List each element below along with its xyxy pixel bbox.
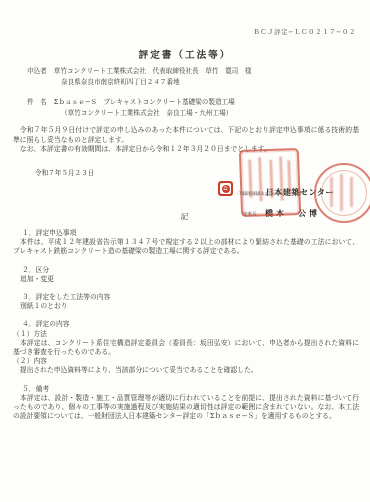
section-4-evaluation-content: ４．評定の内容 （１）方法 本評定は、コンクリート系住宅構造評定委員会（委員長：… <box>13 320 359 375</box>
subsection-1-head: （１）方法 <box>13 330 359 339</box>
subject-title: Σｂａｓｅ−Ｓ プレキャストコンクリート基礎梁の製造工場 <box>54 98 235 106</box>
section-heading: １．評定申込事項 <box>13 229 359 238</box>
subject-line: 件 名Σｂａｓｅ−Ｓ プレキャストコンクリート基礎梁の製造工場 <box>27 97 235 108</box>
subject-label: 件 名 <box>27 98 47 106</box>
issuer-org-name-en: The Building Center of Japan <box>239 191 305 196</box>
applicant-line: 申込者草竹コンクリート工業株式会社 代表取締役社長 草竹 寛司 様 <box>27 66 251 77</box>
bcj-house-logo-icon: ⌂ <box>218 181 233 196</box>
house-glyph: ⌂ <box>218 184 233 192</box>
section-body: 本件は、平成１２年建設省告示第１３４７号で規定する２以上の部材により緊結された基… <box>13 238 359 256</box>
applicant-label: 申込者 <box>27 67 47 75</box>
section-body: 追加・変更 <box>13 275 359 284</box>
section-heading: ５．備考 <box>13 385 359 394</box>
issuer-block: ⌂ 一般財団法人日本建築センター The Building Center of … <box>218 158 370 238</box>
applicant-name: 草竹コンクリート工業株式会社 代表取締役社長 草竹 寛司 様 <box>54 67 252 75</box>
sections-list: １．評定申込事項 本件は、平成１２年建設省告示第１３４７号で規定する２以上の部材… <box>13 229 359 430</box>
document-ref-number: ＢＣＪ評定−ＬＣ０２１７−０２ <box>253 27 356 36</box>
section-heading: ４．評定の内容 <box>13 320 359 329</box>
subject-subline: （草竹コンクリート工業株式会社 奈良工場・九州工場） <box>27 108 235 119</box>
page-title: 評定書（工法等） <box>0 47 370 61</box>
body-paragraph-1: 令和７年５月９日付けで評定の申し込みのあった本件については、下記のとおり評定申込… <box>13 126 359 145</box>
applicant-address: 奈良県奈良市南京終町四丁目２４７番地 <box>27 77 251 88</box>
section-heading: ３．評定をした工法等の内容 <box>13 293 359 302</box>
section-3-method-content: ３．評定をした工法等の内容 別紙１のとおり <box>13 293 359 311</box>
section-body: 本評定は、設計・製造・施工・品質管理等が適切に行われていることを前提に、提出され… <box>13 394 359 422</box>
subsection-2-body: 提出された申込資料等により、当該部分について妥当であることを確認した。 <box>13 366 359 375</box>
body-paragraphs: 令和７年５月９日付けで評定の申し込みのあった本件については、下記のとおり評定申込… <box>13 126 359 155</box>
subsection-1-body: 本評定は、コンクリート系住宅構造評定委員会（委員長：坂田弘安）において、申込者か… <box>13 339 359 357</box>
section-5-remarks: ５．備考 本評定は、設計・製造・施工・品質管理等が適切に行われていることを前提に… <box>13 385 359 422</box>
issue-date: 令和７年５月２３日 <box>35 167 94 177</box>
section-heading: ２．区分 <box>13 266 359 275</box>
subject-block: 件 名Σｂａｓｅ−Ｓ プレキャストコンクリート基礎梁の製造工場 （草竹コンクリー… <box>27 97 235 118</box>
body-paragraph-2: なお、本評定書の有効期間は、本評定日から令和１２年３月２０日までとします。 <box>13 145 359 155</box>
ki-marker: 記 <box>0 211 370 222</box>
section-2-category: ２．区分 追加・変更 <box>13 266 359 284</box>
section-1-application: １．評定申込事項 本件は、平成１２年建設省告示第１３４７号で規定する２以上の部材… <box>13 229 359 257</box>
certificate-page: ＢＣＪ評定−ＬＣ０２１７−０２ 評定書（工法等） 申込者草竹コンクリート工業株式… <box>0 0 370 502</box>
section-body: 別紙１のとおり <box>13 302 359 311</box>
issuer-org-line: 一般財団法人日本建築センター <box>237 180 334 199</box>
applicant-block: 申込者草竹コンクリート工業株式会社 代表取締役社長 草竹 寛司 様 奈良県奈良市… <box>27 66 251 87</box>
